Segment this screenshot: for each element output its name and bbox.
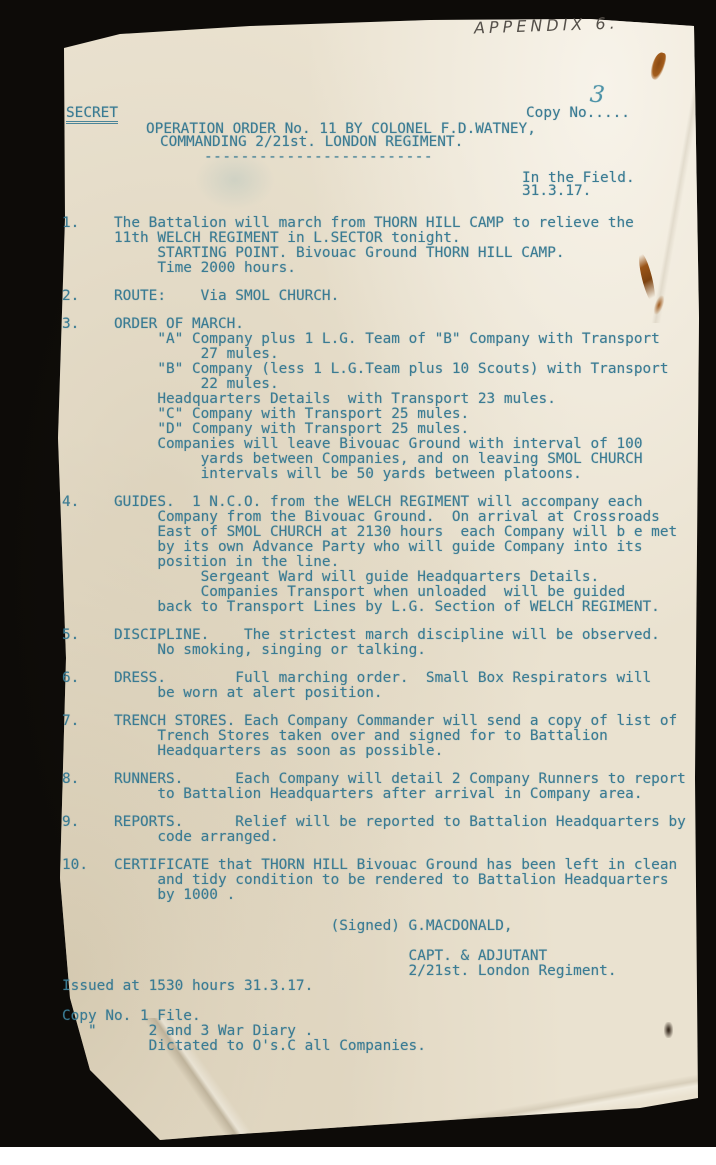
item-number: 3. — [62, 317, 114, 482]
item-text: The Battalion will march from THORN HILL… — [114, 216, 634, 276]
item-text: RUNNERS. Each Company will detail 2 Comp… — [114, 772, 686, 802]
item-text: GUIDES. 1 N.C.O. from the WELCH REGIMENT… — [114, 495, 677, 615]
classification-label: SECRET — [66, 106, 118, 124]
item-text: ROUTE: Via SMOL CHURCH. — [114, 289, 339, 304]
order-item: 7. TRENCH STORES. Each Company Commander… — [62, 714, 677, 759]
item-text: DISCIPLINE. The strictest march discipli… — [114, 628, 660, 658]
order-item: 6. DRESS. Full marching order. Small Box… — [62, 671, 677, 701]
photographed-document-page: APPENDIX 6. SECRET Copy No..... 3 OPERAT… — [0, 0, 716, 1165]
signature-distribution-block: (Signed) G.MACDONALD, CAPT. & ADJUTANT 2… — [62, 919, 677, 1054]
order-item: 10. CERTIFICATE that THORN HILL Bivouac … — [62, 858, 677, 903]
item-number: 5. — [62, 628, 114, 658]
date-line: 31.3.17. — [522, 184, 591, 199]
item-number: 8. — [62, 772, 114, 802]
copy-no-label: Copy No..... — [526, 106, 630, 121]
item-number: 10. — [62, 858, 114, 903]
item-number: 4. — [62, 495, 114, 615]
item-number: 7. — [62, 714, 114, 759]
item-text: CERTIFICATE that THORN HILL Bivouac Grou… — [114, 858, 677, 903]
item-text: TRENCH STORES. Each Company Commander wi… — [114, 714, 677, 759]
copy-number-handwritten: 3 — [589, 81, 606, 108]
item-text: DRESS. Full marching order. Small Box Re… — [114, 671, 651, 701]
order-items-list: 1. The Battalion will march from THORN H… — [62, 216, 677, 1054]
order-item: 3. ORDER OF MARCH. "A" Company plus 1 L.… — [62, 317, 677, 482]
order-item: 5. DISCIPLINE. The strictest march disci… — [62, 628, 677, 658]
order-item: 8. RUNNERS. Each Company will detail 2 C… — [62, 772, 677, 802]
item-number: 9. — [62, 815, 114, 845]
item-text: ORDER OF MARCH. "A" Company plus 1 L.G. … — [114, 317, 669, 482]
order-item: 9. REPORTS. Relief will be reported to B… — [62, 815, 677, 845]
order-item: 2. ROUTE: Via SMOL CHURCH. — [62, 289, 677, 304]
document-title-line2: COMMANDING 2/21st. LONDON REGIMENT. — [160, 135, 463, 150]
title-underline-dashes: ------------------------- — [204, 150, 433, 165]
order-item: 1. The Battalion will march from THORN H… — [62, 216, 677, 276]
item-number: 1. — [62, 216, 114, 276]
item-text: REPORTS. Relief will be reported to Batt… — [114, 815, 686, 845]
item-number: 6. — [62, 671, 114, 701]
item-number: 2. — [62, 289, 114, 304]
order-item: 4. GUIDES. 1 N.C.O. from the WELCH REGIM… — [62, 495, 677, 615]
